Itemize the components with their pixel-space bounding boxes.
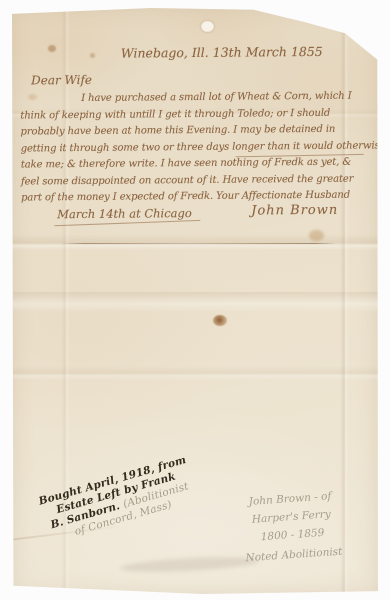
letter-line: getting it through some two or three day… <box>21 140 386 154</box>
letter-line: probably have been at home this Evening.… <box>20 124 335 138</box>
letter-signature: John Brown <box>251 203 338 219</box>
letter-postscript: March 14th at Chicago <box>57 206 192 221</box>
letter-dateline: Winebago, Ill. 13th March 1855 <box>121 44 323 61</box>
letter-line: take me; & therefore write. I have seen … <box>21 157 351 171</box>
letter-line: think of keeping with untill I get it th… <box>20 108 330 122</box>
identity-note: John Brown - of Harper's Ferry 1800 - 18… <box>215 485 370 569</box>
letter-line: part of the money I expected of Fredk. Y… <box>21 190 350 204</box>
letter-sheet: Winebago, Ill. 13th March 1855 Dear Wife… <box>12 8 378 594</box>
stain-spot <box>341 19 350 26</box>
letter-line: I have purchased a small lot of Wheat & … <box>81 91 351 104</box>
letter-salutation: Dear Wife <box>31 73 92 88</box>
letter-line: feel some disappointed on account of it.… <box>21 174 354 188</box>
